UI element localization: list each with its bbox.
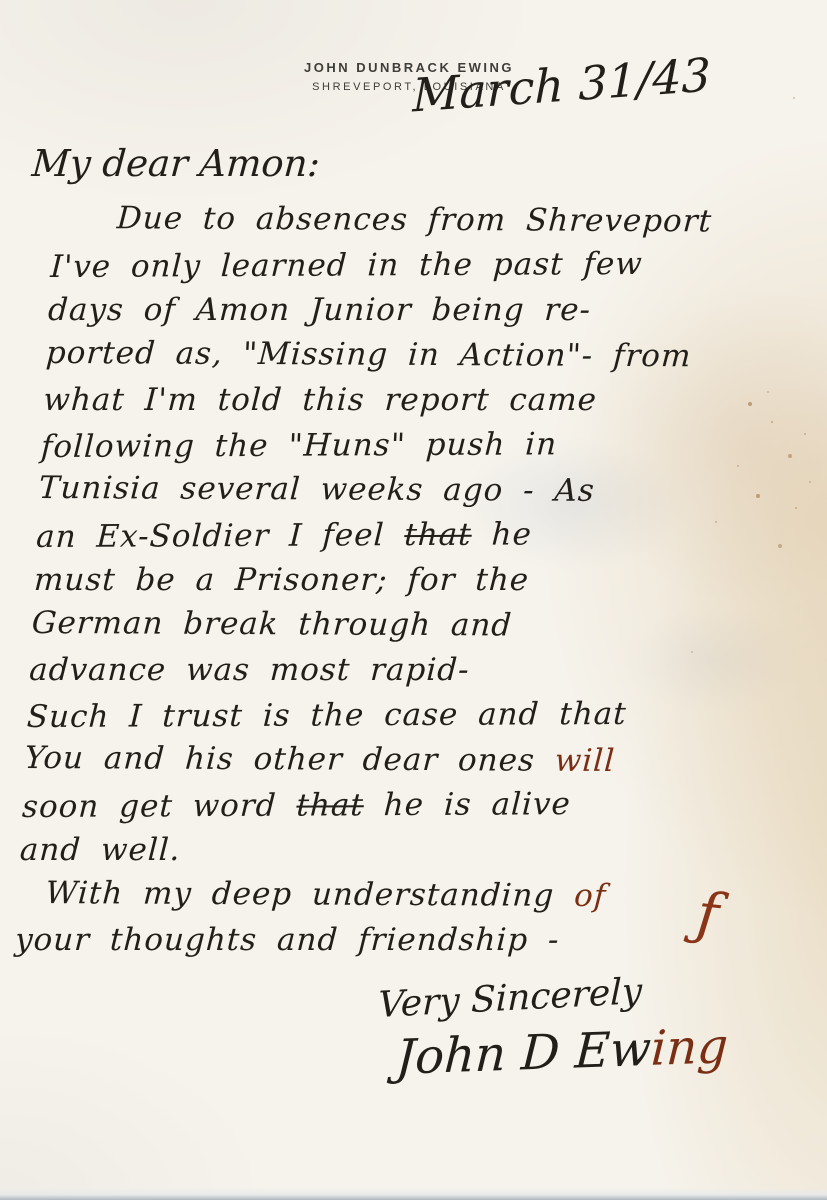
letter-line: days of Amon Junior being re- bbox=[47, 288, 827, 333]
handwritten-date: March 31/43 bbox=[412, 48, 710, 123]
letter-text-segment: Due to absences from Shreveport bbox=[116, 200, 713, 239]
letter-line: an Ex-Soldier I feel that he bbox=[35, 511, 823, 560]
scan-bottom-edge bbox=[0, 1188, 827, 1200]
letter-line: must be a Prisoner; for the bbox=[33, 558, 821, 603]
letter-text-segment: an Ex-Soldier I feel bbox=[35, 517, 405, 555]
letter-text-segment: days of Amon Junior being re- bbox=[47, 292, 592, 328]
letter-text-segment: will bbox=[554, 743, 616, 779]
closing-line: Very Sincerely bbox=[378, 971, 643, 1026]
letter-line: With my deep understanding of bbox=[16, 871, 804, 920]
letter-text-segment: German break through and bbox=[31, 605, 514, 644]
letter-line: Tunisia several weeks ago - As bbox=[38, 466, 826, 515]
letter-text-segment: must be a Prisoner; for the bbox=[33, 562, 530, 598]
letter-text-segment: With my deep understanding bbox=[45, 875, 576, 914]
letter-text-segment: he bbox=[471, 516, 533, 552]
letter-line: Such I trust is the case and that bbox=[26, 691, 814, 740]
letter-text-segment: Tunisia several weeks ago - As bbox=[38, 470, 596, 509]
letter-line: You and his other dear ones will bbox=[23, 736, 811, 785]
letter-text-segment: Such I trust is the case and that bbox=[26, 696, 628, 735]
letter-text-segment: I've only learned in the past few bbox=[50, 246, 644, 285]
letter-text-segment: your thoughts and friendship - bbox=[14, 922, 560, 958]
letter-text-segment: of bbox=[573, 878, 607, 914]
letter-text-segment: and well. bbox=[19, 832, 182, 868]
letter-text-segment: You and his other dear ones bbox=[24, 740, 556, 779]
salutation: My dear Amon: bbox=[30, 142, 321, 185]
signature-text-red: ing bbox=[650, 1018, 730, 1077]
letter-text-segment: ported as, "Missing in Action"- from bbox=[45, 335, 693, 374]
letter-line: what I'm told this report came bbox=[42, 378, 827, 423]
letter-line: German break through and bbox=[30, 601, 818, 650]
letter-text-segment: what I'm told this report came bbox=[43, 382, 598, 418]
letter-line: soon get word that he is alive bbox=[21, 781, 809, 830]
letter-page: JOHN DUNBRACK EWING SHREVEPORT, LOUISIAN… bbox=[0, 0, 827, 1200]
signature: John D Ewing bbox=[395, 1018, 730, 1086]
letter-text-segment: soon get word bbox=[21, 788, 297, 825]
letter-line: Due to absences from Shreveport bbox=[52, 196, 827, 245]
letter-text-segment: advance was most rapid- bbox=[28, 652, 470, 688]
letter-line: advance was most rapid- bbox=[28, 648, 816, 693]
signature-text: John D Ew bbox=[395, 1021, 653, 1086]
letter-text-segment: following the "Huns" push in bbox=[40, 426, 558, 465]
letter-text-segment: he is alive bbox=[363, 786, 572, 823]
letter-body: Due to absences from ShreveportI've only… bbox=[14, 198, 827, 963]
letter-line: and well. bbox=[19, 828, 807, 873]
letter-text-segment: that bbox=[296, 787, 365, 823]
letter-line: ported as, "Missing in Action"- from bbox=[45, 331, 827, 380]
letter-line: your thoughts and friendship - bbox=[14, 918, 802, 963]
letter-text-segment: that bbox=[403, 517, 472, 553]
letter-line: following the "Huns" push in bbox=[40, 421, 827, 470]
letter-line: I've only learned in the past few bbox=[49, 241, 827, 290]
